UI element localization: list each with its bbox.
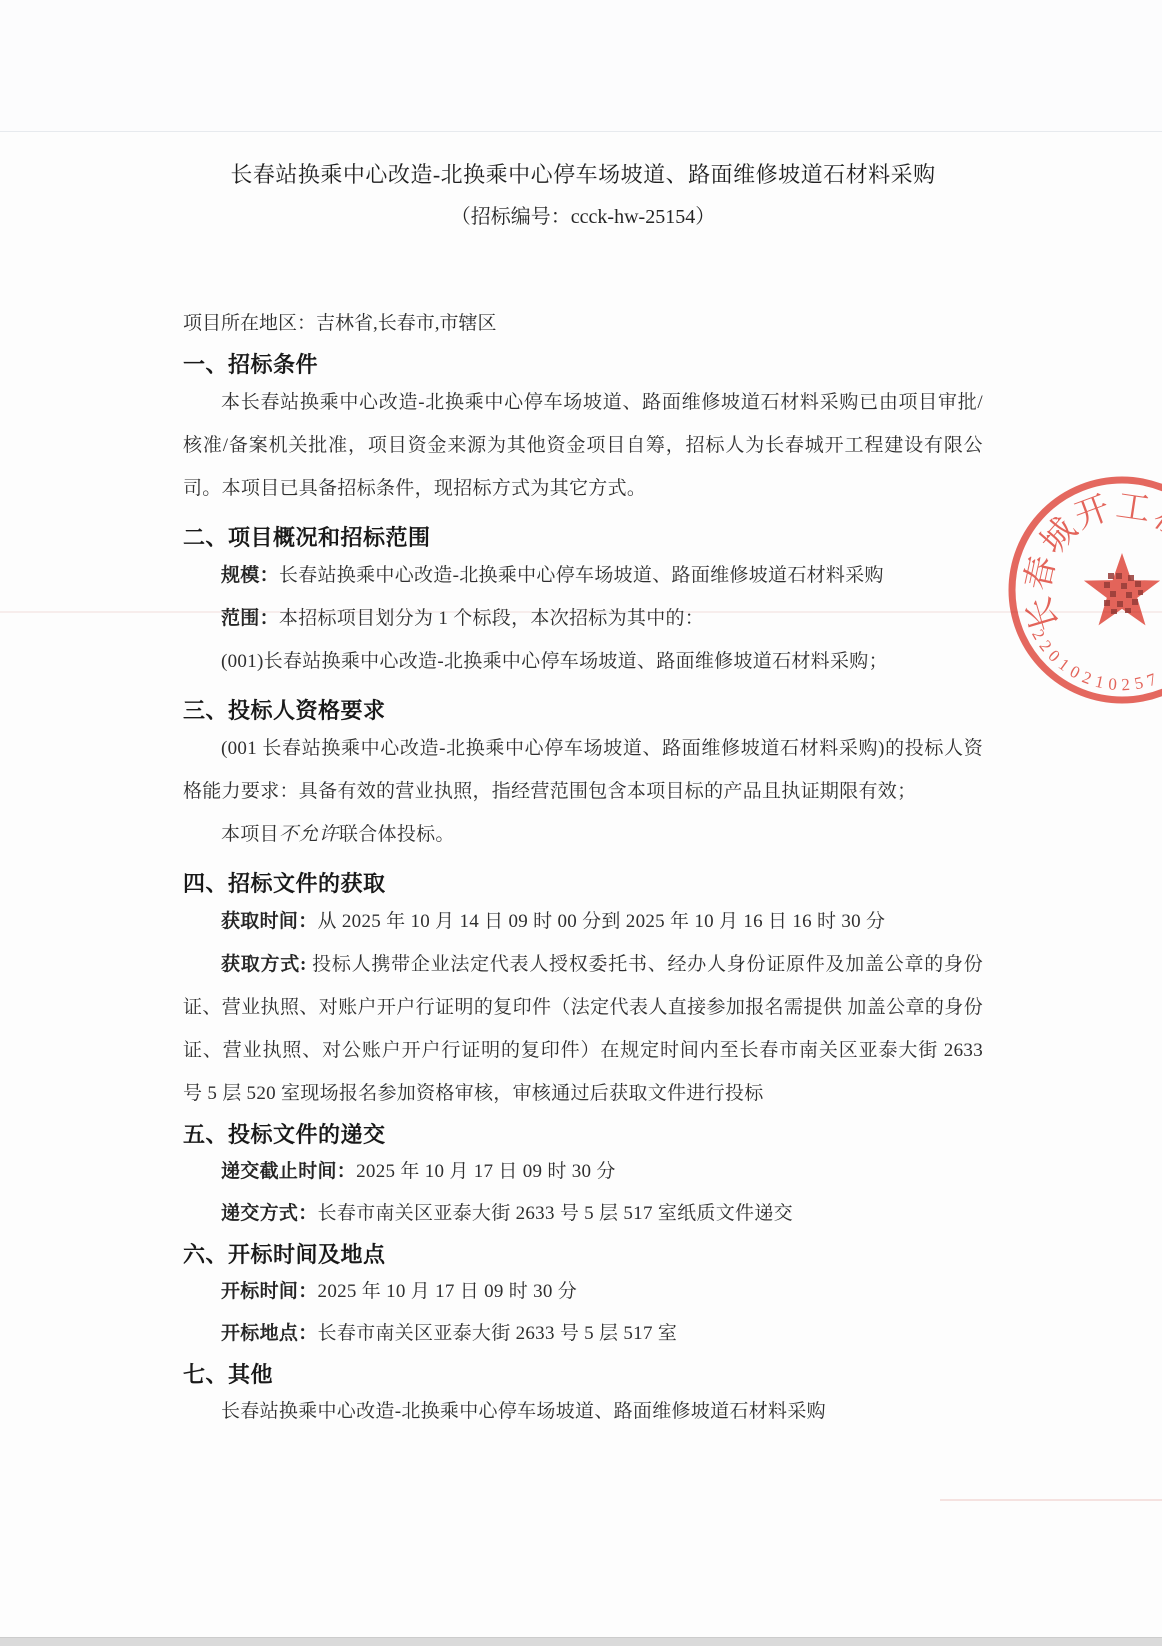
section-heading-1: 一、招标条件 xyxy=(183,351,983,379)
tender-number: （招标编号：ccck-hw-25154） xyxy=(183,202,983,232)
document-body: 长春站换乘中心改造-北换乘中心停车场坡道、路面维修坡道石材料采购 （招标编号：c… xyxy=(183,160,983,1433)
field-text: 长春市南关区亚泰大街 2633 号 5 层 517 室 xyxy=(318,1323,678,1344)
scan-top-strip xyxy=(0,0,1162,131)
scan-hairline-pink xyxy=(940,1499,1162,1501)
paragraph: (001)长春站换乘中心改造-北换乘中心停车场坡道、路面维修坡道石材料采购； xyxy=(183,640,983,683)
project-location-line: 项目所在地区：吉林省,长春市,市辖区 xyxy=(183,310,983,337)
paragraph: 递交方式：长春市南关区亚泰大街 2633 号 5 层 517 室纸质文件递交 xyxy=(183,1193,983,1235)
joint-venture-emphasis: 不允许 xyxy=(279,824,339,845)
section-heading-3: 三、投标人资格要求 xyxy=(183,697,983,725)
scan-hairline xyxy=(0,131,1162,132)
field-text: 本招标项目划分为 1 个标段，本次招标为其中的： xyxy=(279,608,704,629)
section-heading-7: 七、其他 xyxy=(183,1361,983,1389)
field-text: 2025 年 10 月 17 日 09 时 30 分 xyxy=(356,1161,616,1182)
field-label: 范围： xyxy=(221,608,279,629)
seal-ring xyxy=(1012,480,1162,700)
paragraph: 长春站换乘中心改造-北换乘中心停车场坡道、路面维修坡道石材料采购 xyxy=(183,1391,983,1433)
joint-venture-prefix: 本项目 xyxy=(221,824,279,845)
paragraph: 获取方式: 投标人携带企业法定代表人授权委托书、经办人身份证原件及加盖公章的身份… xyxy=(183,943,983,1115)
field-text: 本长春站换乘中心改造-北换乘中心停车场坡道、路面维修坡道石材料采购已由项目审批/… xyxy=(183,392,983,499)
paragraph: 开标时间：2025 年 10 月 17 日 09 时 30 分 xyxy=(183,1271,983,1313)
paragraph: 递交截止时间：2025 年 10 月 17 日 09 时 30 分 xyxy=(183,1151,983,1193)
scan-bottom-edge xyxy=(0,1637,1162,1646)
document-title: 长春站换乘中心改造-北换乘中心停车场坡道、路面维修坡道石材料采购 xyxy=(183,160,983,190)
paragraph: 开标地点：长春市南关区亚泰大街 2633 号 5 层 517 室 xyxy=(183,1313,983,1355)
seal-star-icon xyxy=(1084,553,1160,625)
field-text: 2025 年 10 月 17 日 09 时 30 分 xyxy=(318,1281,578,1302)
joint-venture-suffix: 联合体投标。 xyxy=(339,824,455,845)
field-text: 长春站换乘中心改造-北换乘中心停车场坡道、路面维修坡道石材料采购 xyxy=(279,565,884,586)
field-label: 开标地点： xyxy=(221,1323,318,1344)
field-text: (001 长春站换乘中心改造-北换乘中心停车场坡道、路面维修坡道石材料采购)的投… xyxy=(183,738,983,802)
seal-company-textpath: 长春城开工程建设 xyxy=(1019,487,1162,635)
paragraph: 范围：本招标项目划分为 1 个标段，本次招标为其中的： xyxy=(183,597,983,640)
field-text: 从 2025 年 10 月 14 日 09 时 00 分到 2025 年 10 … xyxy=(318,911,886,932)
paragraph: 规模：长春站换乘中心改造-北换乘中心停车场坡道、路面维修坡道石材料采购 xyxy=(183,554,983,597)
section-heading-5: 五、投标文件的递交 xyxy=(183,1121,983,1149)
paragraph: 获取时间：从 2025 年 10 月 14 日 09 时 00 分到 2025 … xyxy=(183,900,983,943)
section-heading-6: 六、开标时间及地点 xyxy=(183,1241,983,1269)
seal-serial-text: 22010210257 xyxy=(1028,626,1162,694)
paragraph: 本长春站换乘中心改造-北换乘中心停车场坡道、路面维修坡道石材料采购已由项目审批/… xyxy=(183,381,983,510)
field-label: 递交截止时间： xyxy=(221,1161,356,1182)
seal-serial-textpath: 22010210257 xyxy=(1028,626,1162,694)
paragraph: (001 长春站换乘中心改造-北换乘中心停车场坡道、路面维修坡道石材料采购)的投… xyxy=(183,727,983,813)
field-label: 规模： xyxy=(221,565,279,586)
company-seal-stamp: 长春城开工程建设 22010210257 xyxy=(955,425,1162,765)
paragraph-no-joint-venture: 本项目不允许联合体投标。 xyxy=(183,813,983,856)
field-text: 投标人携带企业法定代表人授权委托书、经办人身份证原件及加盖公章的身份证、营业执照… xyxy=(183,954,983,1104)
seal-code-pattern xyxy=(1104,573,1143,614)
field-label: 递交方式： xyxy=(221,1203,318,1224)
field-label: 获取方式: xyxy=(221,954,307,975)
section-heading-2: 二、项目概况和招标范围 xyxy=(183,524,983,552)
field-text: 长春市南关区亚泰大街 2633 号 5 层 517 室纸质文件递交 xyxy=(318,1203,793,1224)
field-text: 长春站换乘中心改造-北换乘中心停车场坡道、路面维修坡道石材料采购 xyxy=(221,1401,826,1422)
seal-company-text: 长春城开工程建设 xyxy=(1019,487,1162,635)
section-heading-4: 四、招标文件的获取 xyxy=(183,870,983,898)
field-label: 获取时间： xyxy=(221,911,318,932)
scanned-tender-document-page: { "document": { "title": "长春站换乘中心改造-北换乘中… xyxy=(0,0,1162,1646)
seal-graphic: 长春城开工程建设 22010210257 xyxy=(955,425,1162,765)
field-text: (001)长春站换乘中心改造-北换乘中心停车场坡道、路面维修坡道石材料采购； xyxy=(221,651,888,672)
field-label: 开标时间： xyxy=(221,1281,318,1302)
